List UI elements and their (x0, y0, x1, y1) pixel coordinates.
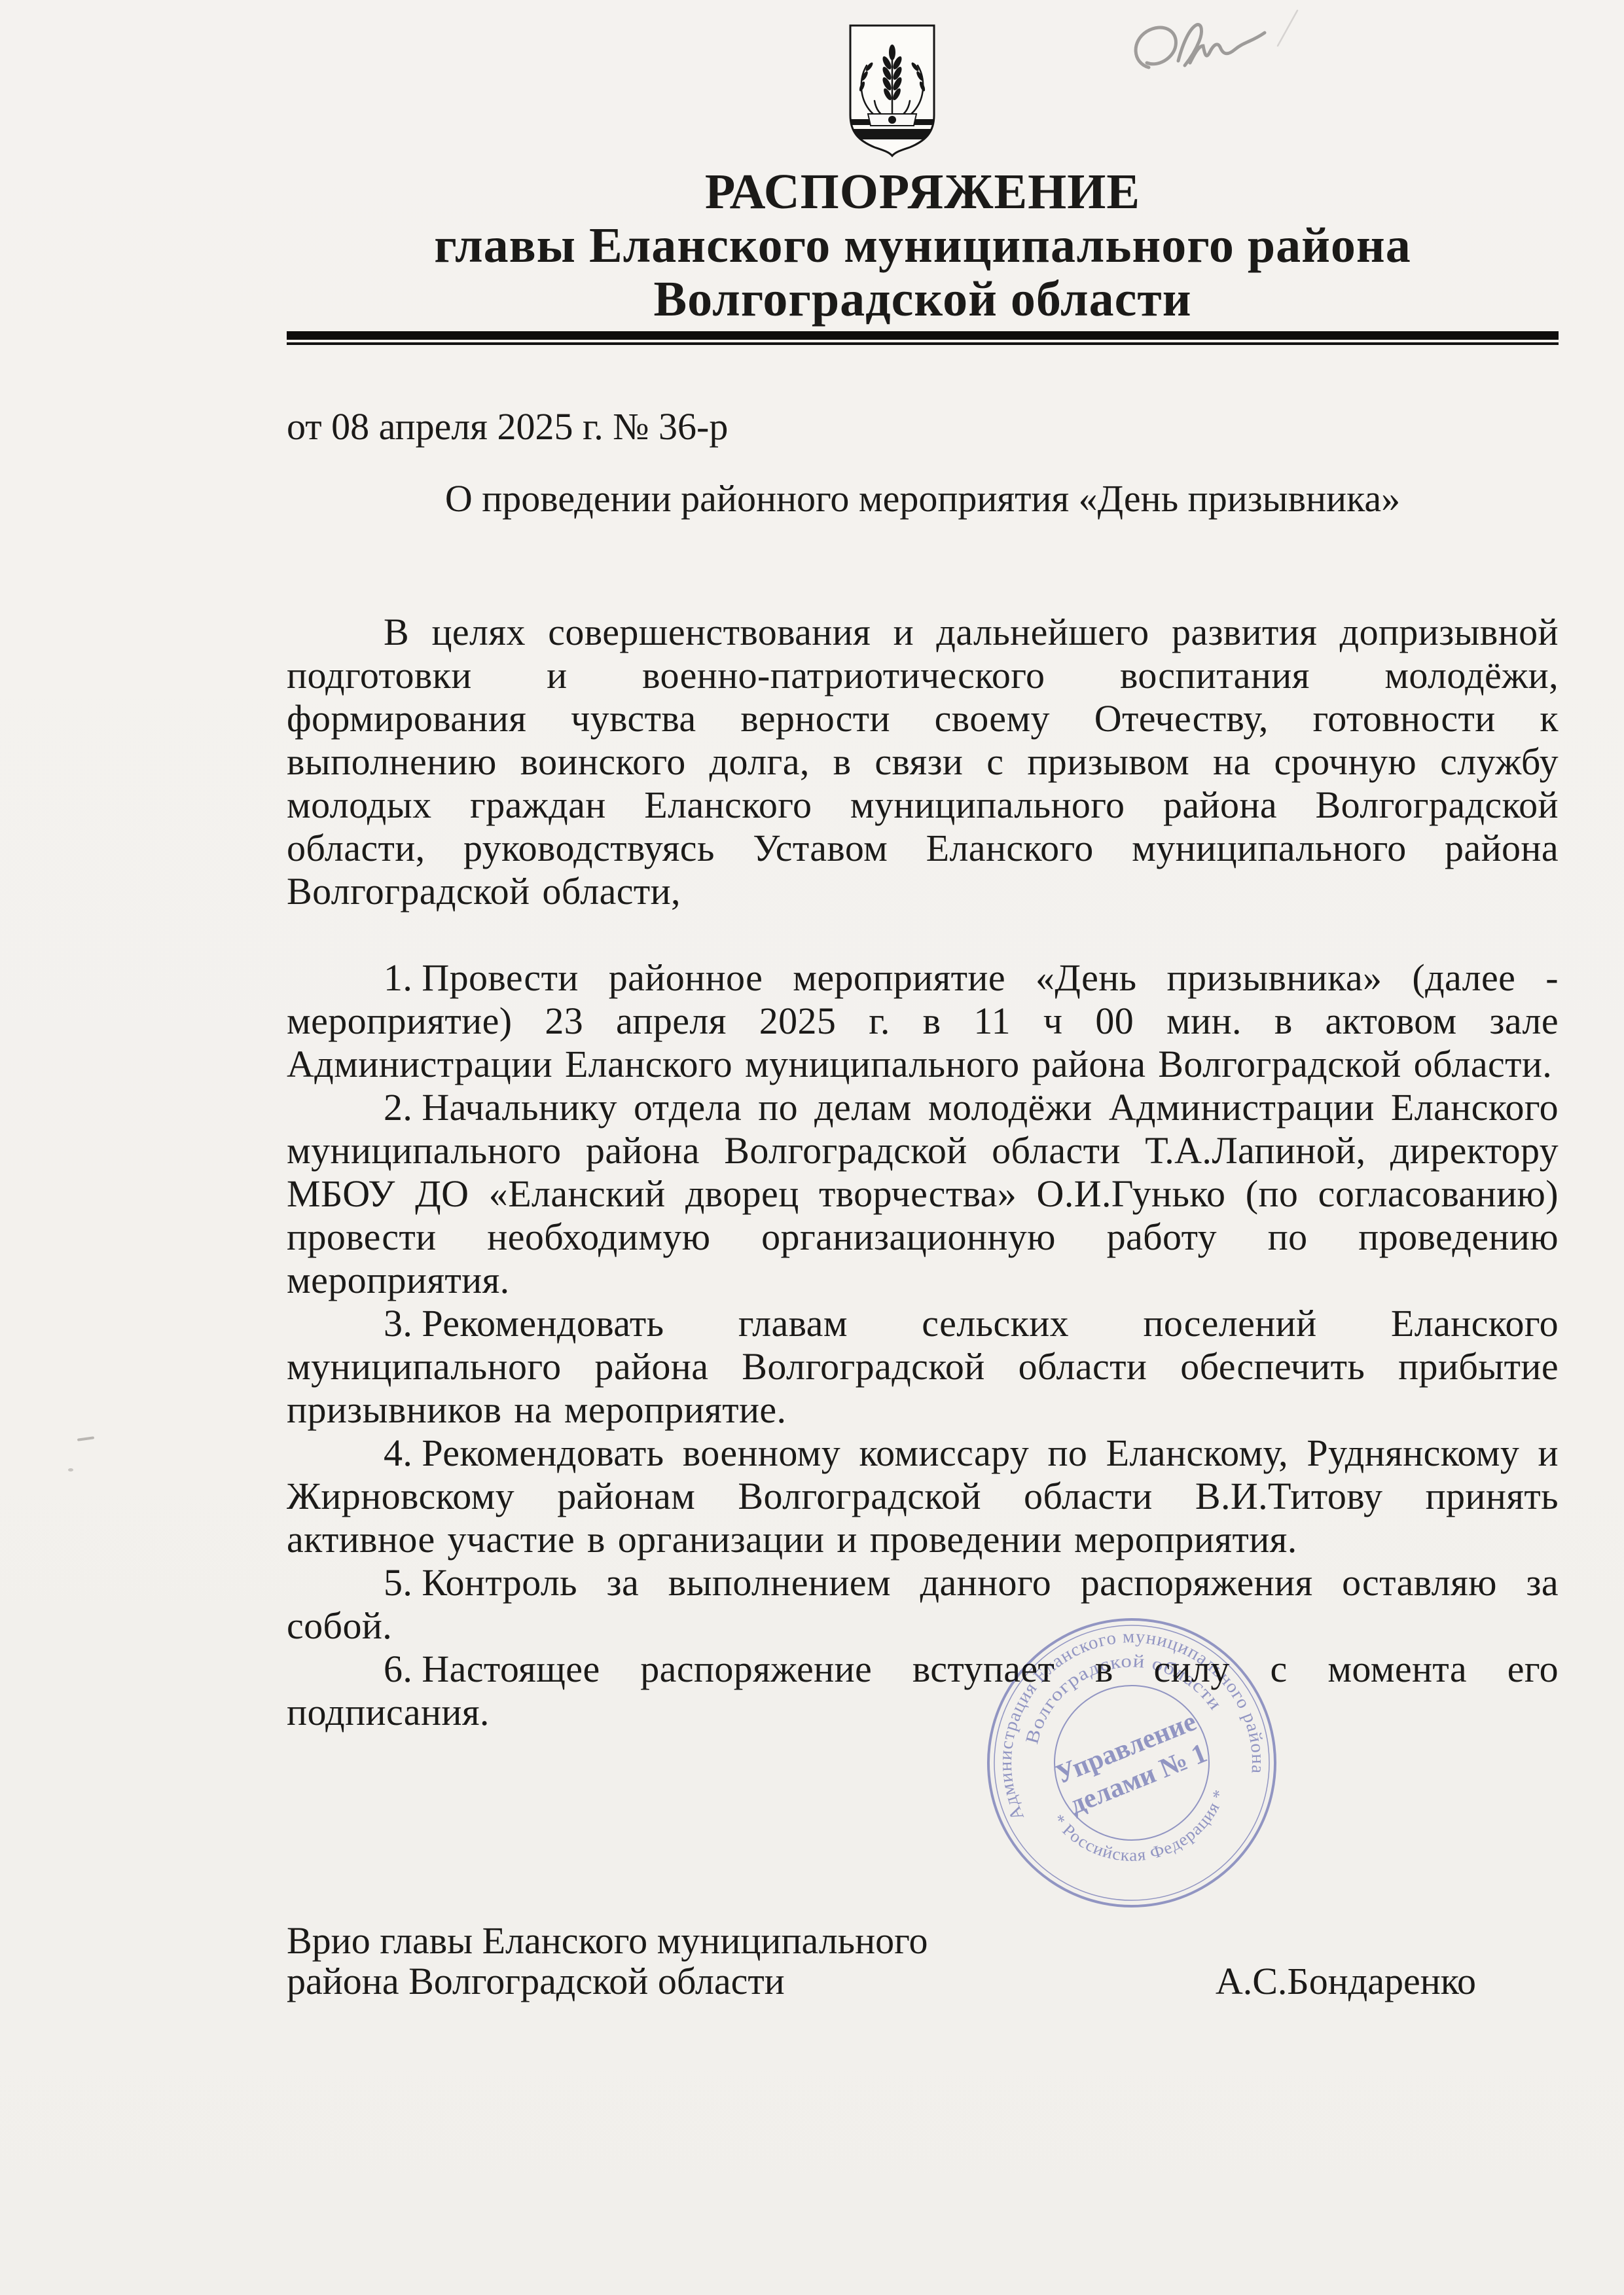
issuing-authority-line2: Волгоградской области (287, 272, 1559, 326)
item-number: 3. (384, 1302, 412, 1345)
item-text: Контроль за выполнением данного распоряж… (287, 1561, 1559, 1647)
order-item-6: 6.Настоящее распоряжение вступает в силу… (287, 1648, 1559, 1734)
item-text: Рекомендовать главам сельских поселений … (287, 1302, 1559, 1431)
date-and-number-line: от 08 апреля 2025 г. № 36-р (287, 405, 1559, 448)
item-text: Начальнику отдела по делам молодёжи Адми… (287, 1086, 1559, 1301)
signatory-position-line2: района Волгоградской области (287, 1961, 928, 2002)
signatory-name: А.С.Бондаренко (1216, 1961, 1476, 2002)
order-item-4: 4.Рекомендовать военному комиссару по Ел… (287, 1432, 1559, 1561)
header-divider (287, 331, 1559, 345)
item-number: 1. (384, 956, 412, 999)
stamp-center-text: Управление делами № 1 (1051, 1707, 1213, 1821)
item-text: Настоящее распоряжение вступает в силу с… (287, 1648, 1559, 1733)
order-item-3: 3.Рекомендовать главам сельских поселени… (287, 1302, 1559, 1432)
order-item-5: 5.Контроль за выполнением данного распор… (287, 1561, 1559, 1648)
order-item-2: 2.Начальнику отдела по делам молодёжи Ад… (287, 1086, 1559, 1302)
document-type-title: РАСПОРЯЖЕНИЕ (287, 165, 1559, 219)
document-header: РАСПОРЯЖЕНИЕ главы Еланского муниципальн… (287, 0, 1559, 345)
subject-line: О проведении районного мероприятия «День… (287, 477, 1559, 520)
item-number: 2. (384, 1086, 412, 1129)
item-number: 5. (384, 1561, 412, 1604)
document-body: РАСПОРЯЖЕНИЕ главы Еланского муниципальн… (0, 0, 1624, 2295)
issuing-authority-line1: главы Еланского муниципального района (287, 219, 1559, 272)
document-page: РАСПОРЯЖЕНИЕ главы Еланского муниципальн… (0, 0, 1624, 2295)
signatory-position: Врио главы Еланского муниципального райо… (287, 1921, 928, 2002)
preamble-paragraph: В целях совершенствования и дальнейшего … (287, 611, 1559, 913)
item-text: Рекомендовать военному комиссару по Елан… (287, 1432, 1559, 1561)
official-round-stamp: Администрация Еланского муниципального р… (981, 1612, 1282, 1913)
scan-artifact-dot (68, 1468, 73, 1472)
item-text: Провести районное мероприятие «День приз… (287, 956, 1559, 1085)
item-number: 6. (384, 1648, 412, 1690)
signature-block: Врио главы Еланского муниципального райо… (287, 1921, 1559, 2002)
item-number: 4. (384, 1432, 412, 1474)
signatory-position-line1: Врио главы Еланского муниципального (287, 1921, 928, 1961)
order-item-1: 1.Провести районное мероприятие «День пр… (287, 956, 1559, 1086)
